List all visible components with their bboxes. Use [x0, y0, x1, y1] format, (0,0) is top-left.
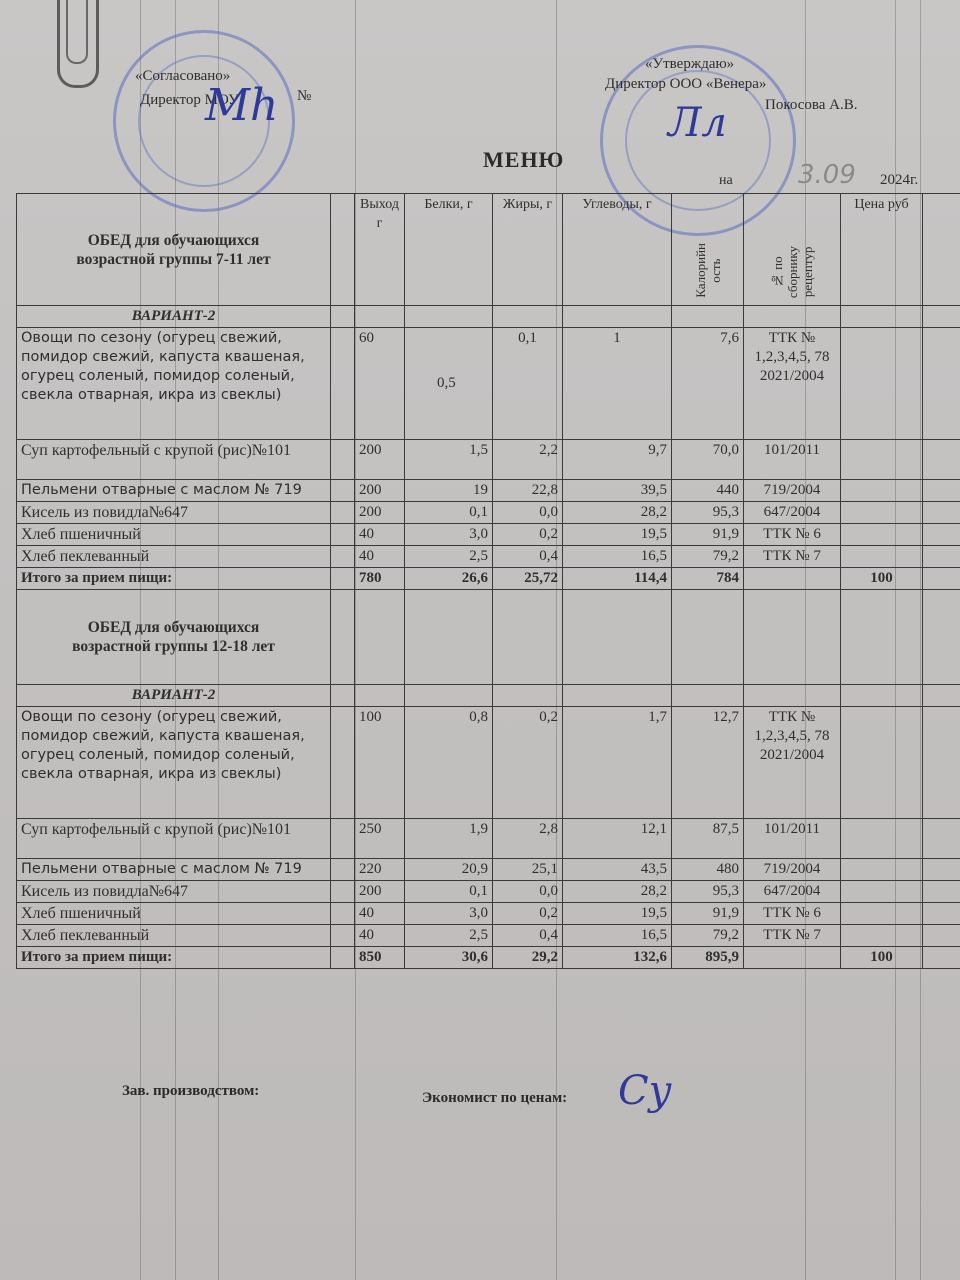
price-value [841, 881, 923, 903]
price-value [841, 546, 923, 568]
empty-cell [331, 568, 355, 590]
fat-value: 2,2 [493, 440, 563, 480]
total-price: 100 [841, 947, 923, 969]
empty-cell [405, 590, 493, 685]
empty-cell [923, 903, 960, 925]
calories-value: 91,9 [672, 903, 744, 925]
total-row: Итого за прием пищи:78026,625,72114,4784… [17, 568, 960, 590]
empty-cell [923, 881, 960, 903]
total-calories: 784 [672, 568, 744, 590]
protein-value: 2,5 [405, 546, 493, 568]
dish-name: Овощи по сезону (огурец свежий, помидор … [17, 707, 331, 819]
recipe-number: 719/2004 [744, 859, 841, 881]
dish-name: Пельмени отварные с маслом № 719 [17, 480, 331, 502]
empty-cell [493, 685, 563, 707]
empty-cell [672, 685, 744, 707]
protein-value: 0,1 [405, 502, 493, 524]
empty-cell [744, 306, 841, 328]
calories-value: 95,3 [672, 881, 744, 903]
variant-label: ВАРИАНТ-2 [17, 685, 331, 707]
carbs-value: 39,5 [563, 480, 672, 502]
col-protein: Белки, г [405, 194, 493, 306]
fat-value: 2,8 [493, 819, 563, 859]
menu-item-row: Овощи по сезону (огурец свежий, помидор … [17, 707, 960, 819]
output-value: 250 [355, 819, 405, 859]
carbs-value: 9,7 [563, 440, 672, 480]
protein-value: 1,9 [405, 819, 493, 859]
carbs-value: 43,5 [563, 859, 672, 881]
calories-value: 87,5 [672, 819, 744, 859]
price-value [841, 859, 923, 881]
menu-item-row: Хлеб пшеничный403,00,219,591,9ТТК № 6 [17, 524, 960, 546]
empty-cell [331, 590, 355, 685]
col-calories-label: Калорийность [693, 243, 723, 298]
price-value [841, 903, 923, 925]
output-value: 60 [355, 328, 405, 440]
col-recipe-label: № посборникурецептур [770, 246, 815, 298]
number-sign: № [297, 88, 311, 105]
recipe-number: ТТК № 7 [744, 925, 841, 947]
price-value [841, 502, 923, 524]
empty-cell [331, 881, 355, 903]
right-approval: «Утверждаю» [645, 56, 734, 73]
variant-row: ВАРИАНТ-2 [17, 306, 960, 328]
empty-cell [923, 819, 960, 859]
recipe-number: ТТК № 1,2,3,4,5, 78 2021/2004 [744, 328, 841, 440]
group-title: ОБЕД для обучающихся возрастной группы 1… [17, 590, 331, 685]
recipe-number: 101/2011 [744, 440, 841, 480]
protein-value: 19 [405, 480, 493, 502]
empty-cell [493, 306, 563, 328]
carbs-value: 16,5 [563, 546, 672, 568]
col-recipe: № посборникурецептур [744, 194, 841, 306]
footer-economist: Экономист по ценам: [422, 1090, 567, 1107]
empty-cell [331, 306, 355, 328]
output-value: 40 [355, 524, 405, 546]
empty-cell [331, 685, 355, 707]
dish-name: Хлеб пшеничный [17, 903, 331, 925]
empty-cell [355, 306, 405, 328]
menu-item-row: Хлеб пеклеванный402,50,416,579,2ТТК № 7 [17, 546, 960, 568]
empty-cell [744, 685, 841, 707]
menu-item-row: Хлеб пеклеванный402,50,416,579,2ТТК № 7 [17, 925, 960, 947]
carbs-value: 28,2 [563, 502, 672, 524]
protein-value: 3,0 [405, 903, 493, 925]
empty-cell [841, 590, 923, 685]
price-value [841, 480, 923, 502]
dish-name: Хлеб пеклеванный [17, 925, 331, 947]
empty-cell [331, 707, 355, 819]
header-row: ОБЕД для обучающихся возрастной группы 7… [17, 194, 960, 306]
calories-value: 95,3 [672, 502, 744, 524]
menu-item-row: Кисель из повидла№6472000,10,028,295,364… [17, 502, 960, 524]
price-value [841, 707, 923, 819]
carbs-value: 12,1 [563, 819, 672, 859]
dish-name: Овощи по сезону (огурец свежий, помидор … [17, 328, 331, 440]
group-header-row: ОБЕД для обучающихся возрастной группы 1… [17, 590, 960, 685]
empty-cell [331, 480, 355, 502]
empty-cell [563, 685, 672, 707]
year: 2024г. [880, 172, 918, 189]
empty-cell [331, 328, 355, 440]
carbs-value: 19,5 [563, 524, 672, 546]
variant-row: ВАРИАНТ-2 [17, 685, 960, 707]
empty-cell [923, 306, 960, 328]
empty-cell [355, 590, 405, 685]
fat-value: 22,8 [493, 480, 563, 502]
total-protein: 26,6 [405, 568, 493, 590]
calories-value: 91,9 [672, 524, 744, 546]
total-calories: 895,9 [672, 947, 744, 969]
protein-value: 2,5 [405, 925, 493, 947]
empty-cell [672, 590, 744, 685]
recipe-number: ТТК № 6 [744, 524, 841, 546]
empty-cell [672, 306, 744, 328]
protein-value: 1,5 [405, 440, 493, 480]
footer-production-head: Зав. производством: [122, 1083, 259, 1100]
dish-name: Хлеб пеклеванный [17, 546, 331, 568]
total-carbs: 114,4 [563, 568, 672, 590]
empty-cell [331, 859, 355, 881]
output-value: 40 [355, 925, 405, 947]
output-value: 220 [355, 859, 405, 881]
output-value: 100 [355, 707, 405, 819]
recipe-number: ТТК № 6 [744, 903, 841, 925]
col-output: Выход г [355, 194, 405, 306]
col-carbs: Углеводы, г [563, 194, 672, 306]
fat-value: 0,1 [493, 328, 563, 440]
calories-value: 480 [672, 859, 744, 881]
empty-cell [923, 859, 960, 881]
total-price: 100 [841, 568, 923, 590]
total-output: 780 [355, 568, 405, 590]
empty-cell [405, 685, 493, 707]
empty-cell [923, 524, 960, 546]
output-value: 40 [355, 546, 405, 568]
protein-value: 20,9 [405, 859, 493, 881]
price-value [841, 925, 923, 947]
menu-item-row: Хлеб пшеничный403,00,219,591,9ТТК № 6 [17, 903, 960, 925]
empty-cell [744, 590, 841, 685]
carbs-value: 1,7 [563, 707, 672, 819]
right-position: Директор ООО «Венера» [605, 76, 766, 93]
dish-name: Суп картофельный с крупой (рис)№101 [17, 440, 331, 480]
empty-cell [923, 440, 960, 480]
total-output: 850 [355, 947, 405, 969]
protein-value: 0,1 [405, 881, 493, 903]
total-row: Итого за прием пищи:85030,629,2132,6895,… [17, 947, 960, 969]
price-value [841, 524, 923, 546]
total-fat: 25,72 [493, 568, 563, 590]
protein-value: 0,8 [405, 707, 493, 819]
fat-value: 0,2 [493, 524, 563, 546]
empty-cell [331, 440, 355, 480]
date-prefix: на [719, 173, 733, 189]
fat-value: 0,4 [493, 925, 563, 947]
empty-cell [331, 947, 355, 969]
empty-cell [331, 819, 355, 859]
fat-value: 0,0 [493, 881, 563, 903]
fat-value: 0,2 [493, 903, 563, 925]
right-person: Покосова А.В. [765, 97, 858, 114]
empty-cell [923, 925, 960, 947]
col-fat: Жиры, г [493, 194, 563, 306]
economist-signature: Су [618, 1068, 672, 1114]
empty-cell [923, 546, 960, 568]
total-recipe [744, 947, 841, 969]
carbs-value: 1 [563, 328, 672, 440]
calories-value: 70,0 [672, 440, 744, 480]
spacer-cell [331, 194, 355, 306]
menu-item-row: Кисель из повидла№6472000,10,028,295,364… [17, 881, 960, 903]
menu-item-row: Пельмени отварные с маслом № 71922020,92… [17, 859, 960, 881]
output-value: 200 [355, 480, 405, 502]
fat-value: 0,4 [493, 546, 563, 568]
empty-cell [355, 685, 405, 707]
col-price: Цена руб [841, 194, 923, 306]
calories-value: 12,7 [672, 707, 744, 819]
carbs-value: 16,5 [563, 925, 672, 947]
recipe-number: ТТК № 1,2,3,4,5, 78 2021/2004 [744, 707, 841, 819]
date-handwritten: 3.09 [798, 160, 856, 190]
recipe-number: 719/2004 [744, 480, 841, 502]
carbs-value: 19,5 [563, 903, 672, 925]
output-value: 200 [355, 440, 405, 480]
recipe-number: 647/2004 [744, 881, 841, 903]
fat-value: 25,1 [493, 859, 563, 881]
empty-cell [923, 568, 960, 590]
menu-item-row: Суп картофельный с крупой (рис)№1012501,… [17, 819, 960, 859]
protein-value: 0,5 [405, 328, 493, 440]
empty-cell [493, 590, 563, 685]
empty-cell [331, 524, 355, 546]
recipe-number: 101/2011 [744, 819, 841, 859]
total-protein: 30,6 [405, 947, 493, 969]
menu-table: ОБЕД для обучающихся возрастной группы 7… [16, 193, 960, 969]
dish-name: Хлеб пшеничный [17, 524, 331, 546]
menu-item-row: Суп картофельный с крупой (рис)№1012001,… [17, 440, 960, 480]
empty-cell [923, 328, 960, 440]
total-fat: 29,2 [493, 947, 563, 969]
output-value: 40 [355, 903, 405, 925]
dish-name: Суп картофельный с крупой (рис)№101 [17, 819, 331, 859]
fat-value: 0,2 [493, 707, 563, 819]
right-signature: Лл [668, 100, 727, 146]
spacer-cell [923, 194, 960, 306]
dish-name: Пельмени отварные с маслом № 719 [17, 859, 331, 881]
empty-cell [923, 947, 960, 969]
paper-clip-inner [66, 0, 88, 64]
page-title: МЕНЮ [483, 147, 564, 173]
total-label: Итого за прием пищи: [17, 568, 331, 590]
price-value [841, 819, 923, 859]
menu-item-row: Пельмени отварные с маслом № 7192001922,… [17, 480, 960, 502]
price-value [841, 328, 923, 440]
empty-cell [923, 707, 960, 819]
total-carbs: 132,6 [563, 947, 672, 969]
output-value: 200 [355, 502, 405, 524]
empty-cell [923, 480, 960, 502]
empty-cell [841, 306, 923, 328]
empty-cell [331, 502, 355, 524]
protein-value: 3,0 [405, 524, 493, 546]
carbs-value: 28,2 [563, 881, 672, 903]
total-recipe [744, 568, 841, 590]
calories-value: 440 [672, 480, 744, 502]
dish-name: Кисель из повидла№647 [17, 502, 331, 524]
empty-cell [331, 903, 355, 925]
dish-name: Кисель из повидла№647 [17, 881, 331, 903]
left-signature: Мh [205, 80, 278, 131]
total-label: Итого за прием пищи: [17, 947, 331, 969]
empty-cell [923, 685, 960, 707]
output-value: 200 [355, 881, 405, 903]
empty-cell [841, 685, 923, 707]
empty-cell [923, 502, 960, 524]
col-calories: Калорийность [672, 194, 744, 306]
empty-cell [331, 925, 355, 947]
empty-cell [563, 590, 672, 685]
calories-value: 79,2 [672, 925, 744, 947]
group-title: ОБЕД для обучающихся возрастной группы 7… [17, 194, 331, 306]
empty-cell [563, 306, 672, 328]
price-value [841, 440, 923, 480]
menu-item-row: Овощи по сезону (огурец свежий, помидор … [17, 328, 960, 440]
empty-cell [923, 590, 960, 685]
calories-value: 7,6 [672, 328, 744, 440]
empty-cell [331, 546, 355, 568]
variant-label: ВАРИАНТ-2 [17, 306, 331, 328]
calories-value: 79,2 [672, 546, 744, 568]
recipe-number: 647/2004 [744, 502, 841, 524]
fat-value: 0,0 [493, 502, 563, 524]
empty-cell [405, 306, 493, 328]
recipe-number: ТТК № 7 [744, 546, 841, 568]
